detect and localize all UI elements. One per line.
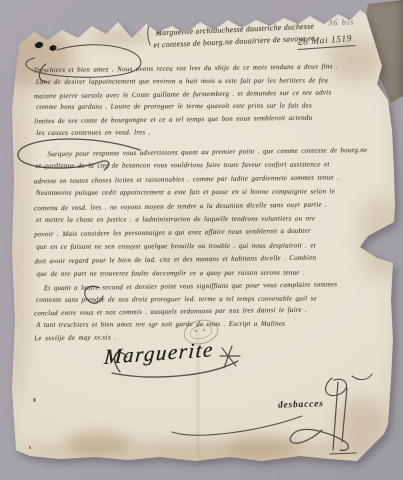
signature-secretary: desbacces [278,399,324,411]
signature-terminal-cross [220,346,240,368]
manuscript-sheet-wrap: AA 38 36 bis 28 Mai 1519 Marguerite arch… [0,0,403,480]
secretary-top-stroke [352,374,372,380]
archival-mark-left: AA 38 [44,15,83,25]
paragraph-3: Et quant a lautre second et dernier poin… [34,278,393,344]
ink-blots [34,41,57,51]
paragraph-1: Treschiers et bien amez . Nous avons rec… [34,60,393,140]
scan-backdrop: AA 38 36 bis 28 Mai 1519 Marguerite arch… [0,0,403,480]
secretary-vertical-strokes [333,382,347,450]
stain-bottom-blotch-left [66,430,130,456]
secretary-long-tail [172,416,302,435]
stain-left-edge [8,60,32,400]
secretary-bottom-loops [290,429,348,450]
stain-bottom-blotch-right [226,434,298,460]
paragraph-2: Surquoy pour response vous advertissons … [33,144,392,281]
secretary-underline [330,453,356,454]
secretary-tall-loop [326,378,347,396]
manuscript-line: les causes contenues en vosd. lres . [36,125,392,140]
stain-bottom-band [18,440,380,462]
stain-bottom-right-corner [336,398,388,450]
ink-speck [29,446,31,449]
ink-speck [33,398,36,402]
manuscript-sheet: AA 38 36 bis 28 Mai 1519 Marguerite arch… [0,0,403,480]
